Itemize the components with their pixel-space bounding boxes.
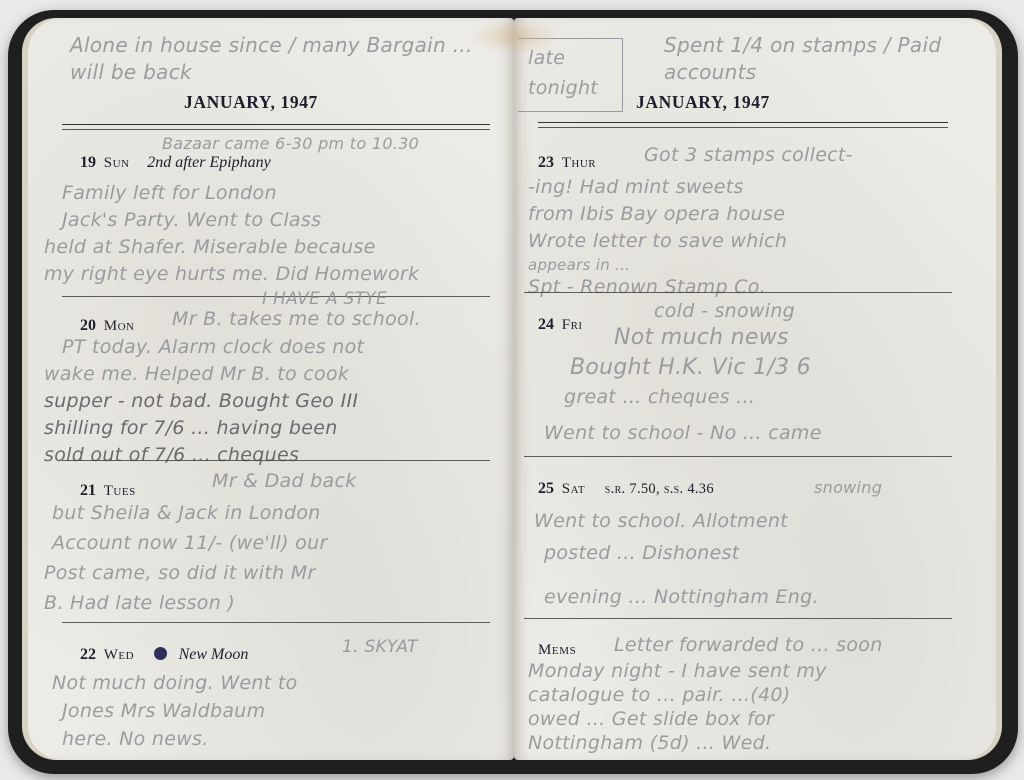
handwriting-line: my right eye hurts me. Did Homework — [44, 261, 419, 288]
handwriting-line: owed ... Get slide box for — [528, 706, 774, 733]
day-divider — [524, 292, 952, 293]
handwriting-line: wake me. Helped Mr B. to cook — [44, 361, 349, 388]
handwriting-line: Bought H.K. Vic 1/3 6 — [570, 354, 811, 381]
handwriting-line: PT today. Alarm clock does not — [62, 334, 364, 361]
handwriting-line: Went to school. Allotment — [534, 508, 788, 535]
top-margin-note: Spent 1/4 on stamps / Paid accounts — [664, 32, 994, 86]
day-25-label: 25 Sat s.r. 7.50, s.s. 4.36 — [538, 480, 714, 498]
day-name: Tues — [104, 483, 136, 499]
handwriting-line: from Ibis Bay opera house — [528, 201, 785, 228]
day-number: 19 — [80, 154, 96, 171]
handwriting-line: Post came, so did it with Mr — [44, 560, 316, 587]
handwriting-line: Got 3 stamps collect- — [644, 142, 853, 169]
handwriting-line: Mr B. takes me to school. — [172, 306, 421, 333]
day-number: 20 — [80, 317, 96, 334]
handwriting-line: Account now 11/- (we'll) our — [52, 530, 328, 557]
day-number: 24 — [538, 316, 554, 333]
handwriting-line: Letter forwarded to ... soon — [614, 632, 883, 659]
handwriting-line: shilling for 7/6 ... having been — [44, 415, 338, 442]
top-margin-note: Alone in house since / many Bargain ... … — [70, 32, 490, 86]
day-24-label: 24 Fri — [538, 316, 583, 334]
handwriting-line: Spt - Renown Stamp Co. — [528, 274, 766, 301]
handwriting-line: held at Shafer. Miserable because — [44, 234, 376, 261]
day-number: 23 — [538, 154, 554, 171]
handwriting-line: Family left for London — [62, 180, 277, 207]
day-divider — [62, 460, 490, 461]
left-page: Alone in house since / many Bargain ... … — [22, 18, 514, 760]
handwriting-line: here. No news. — [62, 726, 209, 753]
day-name: Mon — [104, 318, 135, 334]
handwriting-line: Jones Mrs Waldbaum — [62, 698, 265, 725]
day-name: Fri — [562, 317, 583, 333]
handwriting-line: supper - not bad. Bought Geo III — [44, 388, 358, 415]
page-stain — [470, 18, 560, 54]
handwriting-line: Mr & Dad back — [212, 468, 357, 495]
handwriting-line: Not much news — [614, 324, 789, 351]
day-name: Sun — [104, 155, 130, 171]
day-number: 25 — [538, 480, 554, 497]
header-rule — [538, 122, 948, 128]
handwriting-line: B. Had late lesson ) — [44, 590, 235, 617]
right-page: late tonight Spent 1/4 on stamps / Paid … — [514, 18, 1002, 760]
mems-label: Mems — [538, 642, 576, 659]
day-number: 22 — [80, 646, 96, 663]
handwriting-line: catalogue to ... pair. ...(40) — [528, 682, 790, 709]
sunrise-sunset: s.r. 7.50, s.s. 4.36 — [605, 481, 714, 497]
handwriting-line: cold - snowing — [654, 298, 795, 325]
day-number: 21 — [80, 482, 96, 499]
day-divider — [524, 456, 952, 457]
handwriting-line: -ing! Had mint sweets — [528, 174, 744, 201]
handwriting-line: Went to school - No ... came — [544, 420, 822, 447]
handwriting-line: Jack's Party. Went to Class — [62, 207, 321, 234]
day-name: Sat — [562, 481, 585, 497]
month-header: JANUARY, 1947 — [636, 92, 770, 113]
handwriting-line: Not much doing. Went to — [52, 670, 298, 697]
handwriting-line: sold out of 7/6 ... cheques — [44, 442, 299, 469]
day-name: Wed — [104, 647, 134, 663]
month-header: JANUARY, 1947 — [184, 92, 318, 113]
handwriting-line: 1. SKYAT — [342, 634, 418, 661]
handwriting-line: great ... cheques ... — [564, 384, 755, 411]
new-moon-icon — [154, 647, 167, 660]
handwriting-line: posted ... Dishonest — [544, 540, 740, 567]
mems-heading: Mems — [538, 642, 576, 658]
handwriting-line: Monday night - I have sent my — [528, 658, 827, 685]
day-21-label: 21 Tues — [80, 482, 136, 500]
handwriting-line: Nottingham (5d) ... Wed. — [528, 730, 771, 757]
handwriting-line: but Sheila & Jack in London — [52, 500, 321, 527]
handwriting-line: snowing — [814, 474, 882, 501]
day-divider — [62, 622, 490, 623]
day-divider — [524, 618, 952, 619]
handwriting-line: Wrote letter to save which — [528, 228, 787, 255]
day-22-label: 22 Wed New Moon — [80, 646, 248, 664]
day-name: Thur — [562, 155, 596, 171]
handwriting-line: Bazaar came 6-30 pm to 10.30 — [162, 130, 419, 157]
handwriting-line: evening ... Nottingham Eng. — [544, 584, 819, 611]
day-23-label: 23 Thur — [538, 154, 596, 172]
printed-note: New Moon — [179, 646, 249, 663]
day-20-label: 20 Mon — [80, 317, 134, 335]
